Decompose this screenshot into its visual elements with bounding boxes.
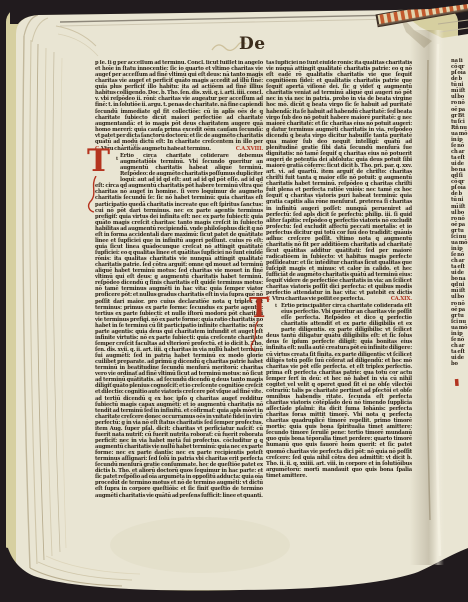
rubric-initial-T: T <box>87 146 110 177</box>
chapter-number: C.A.XVIII. <box>236 146 263 152</box>
rubric-initial-T: T <box>249 295 269 322</box>
chapter-number: CA.XIX. <box>391 296 412 302</box>
background-left-strip <box>0 0 6 602</box>
chapter-body: Ertio principaliter circa charitatē cōſi… <box>266 303 412 498</box>
gutter-shadow <box>410 30 444 565</box>
facing-page-text-sliver: nā ſi cō qr pſ oīa de b tū ni mī iſt ul … <box>451 58 468 500</box>
chapter-body: Ertio circa charitatē cōſiderare debemus… <box>95 153 263 498</box>
chapter-title: Vtrū charitas vie poſſit eē perfecta. <box>272 296 365 302</box>
initial-flourish <box>86 176 102 214</box>
chapter-title: Vtrū charitatis augmētū habeat terminū. <box>101 146 211 152</box>
photographed-book-page: De p ſe. ſi g per acceſſum ad terminū. C… <box>0 0 468 602</box>
running-title: De <box>239 34 266 54</box>
text-column-left: p ſe. ſi g per acceſſum ad terminū. Conc… <box>95 60 263 498</box>
initial-flourish <box>249 321 263 353</box>
chapter-heading-xix: C Vtrū charitas vie poſſit eē perfecta. … <box>266 296 412 303</box>
paragraph-continuation: tas ſupficiei nō ſunt eiuſdē rōnis: ita … <box>266 60 412 296</box>
page-stain <box>110 517 290 573</box>
text-column-right: tas ſupficiei nō ſunt eiuſdē rōnis: ita … <box>266 60 412 498</box>
chapter-heading-xviii: C Vtrū charitatis augmētū habeat terminū… <box>95 146 263 153</box>
guide-letter: t <box>116 157 118 162</box>
guide-letter: t <box>275 304 277 309</box>
paragraph-continuation: p ſe. ſi g per acceſſum ad terminū. Conc… <box>95 60 263 146</box>
